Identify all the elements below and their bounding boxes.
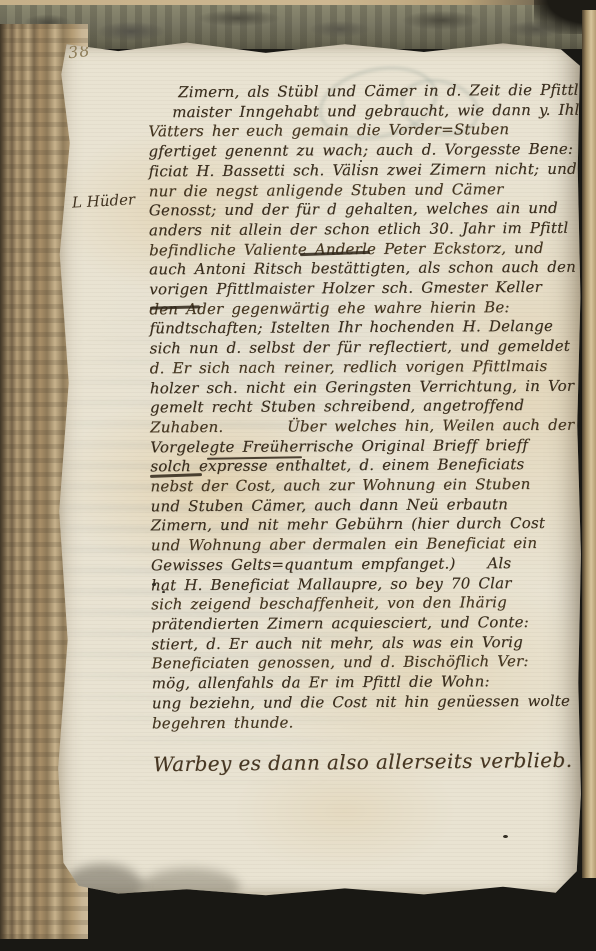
closing-line: Warbey es dann also allerseits verblieb. [153,748,573,776]
manuscript-line: und Wohnung aber dermalen ein Beneficiat… [151,534,583,556]
manuscript-line: befindliche Valiente Anderle Peter Eckst… [149,238,581,260]
manuscript-line: prätendierten Zimern acquiesciert, und C… [151,613,583,635]
ink-speck [503,835,508,838]
scan-background: 38 L Hüder Zimern, als Stübl und Cämer i… [0,0,596,951]
manuscript-line: vorigen Pfittlmaister Holzer sch. Gmeste… [149,278,581,300]
manuscript-line: den Ader gegenwärtig ehe wahre hierin Be… [149,297,581,319]
manuscript-line: nur die negst anligende Stuben und Cämer [149,179,581,201]
manuscript-line: ficiat H. Bassetti sch. Välisn zwei Zime… [148,159,580,181]
manuscript-line: Genosst; und der für d gehalten, welches… [149,199,581,221]
adjacent-page-edge [582,10,596,878]
manuscript-line: holzer sch. nicht ein Geringsten Verrich… [150,376,582,398]
manuscript-line: Zuhaben. Über welches hin, Weilen auch d… [150,416,582,438]
manuscript-line: gemelt recht Stuben schreibend, angetrof… [150,396,582,418]
book-head-edge-band [0,5,596,49]
manuscript-line: anders nit allein der schon etlich 30. J… [149,219,581,241]
manuscript-line: d. Er sich nach reiner, redlich vorigen … [150,357,582,379]
manuscript-line: Gewisses Gelts=quantum empfanget.) Als [151,554,583,576]
manuscript-line: und Stuben Cämer, auch dann Neü erbautn [151,494,583,516]
manuscript-line: Vätters her euch gemain die Vorder=Stube… [148,120,580,142]
manuscript-line: gfertiget genennt zu wach; auch d. Vorge… [148,140,580,162]
manuscript-line: nebst der Cost, auch zur Wohnung ein Stu… [150,475,582,497]
manuscript-line: ung beziehn, und die Cost nit hin genües… [152,691,584,713]
manuscript-line: Zimern, und nit mehr Gebührn (hier durch… [151,514,583,536]
manuscript-page: 38 L Hüder Zimern, als Stübl und Cämer i… [55,40,582,897]
ink-speck [152,583,156,586]
ink-speck [360,160,362,162]
manuscript-line: stiert, d. Er auch nit mehr, als was ein… [151,632,583,654]
manuscript-line: Beneficiaten genossen, und d. Bischöflic… [152,652,584,674]
margin-note: L Hüder [72,190,136,211]
manuscript-line: hat H. Beneficiat Mallaupre, so bey 70 C… [151,573,583,595]
ink-speck [162,591,165,593]
manuscript-line: maister Inngehabt und gebraucht, wie dan… [172,100,580,122]
manuscript-line: Vorgelegte Freüherrische Original Brieff… [150,435,582,457]
manuscript-textblock: Zimern, als Stübl und Cämer in d. Zeit d… [148,81,584,734]
manuscript-line: mög, allenfahls da Er im Pfittl die Wohn… [152,672,584,694]
manuscript-line: Zimern, als Stübl und Cämer in d. Zeit d… [178,81,580,103]
manuscript-line: sich zeigend beschaffenheit, von den Ihä… [151,593,583,615]
manuscript-line: begehren thunde. [152,711,584,733]
manuscript-line: auch Antoni Ritsch bestättigten, als sch… [149,258,581,280]
manuscript-line: sich nun d. selbst der für reflectiert, … [150,337,582,359]
manuscript-line: fündtschaften; Istelten Ihr hochenden H.… [149,317,581,339]
smudge [140,868,240,906]
